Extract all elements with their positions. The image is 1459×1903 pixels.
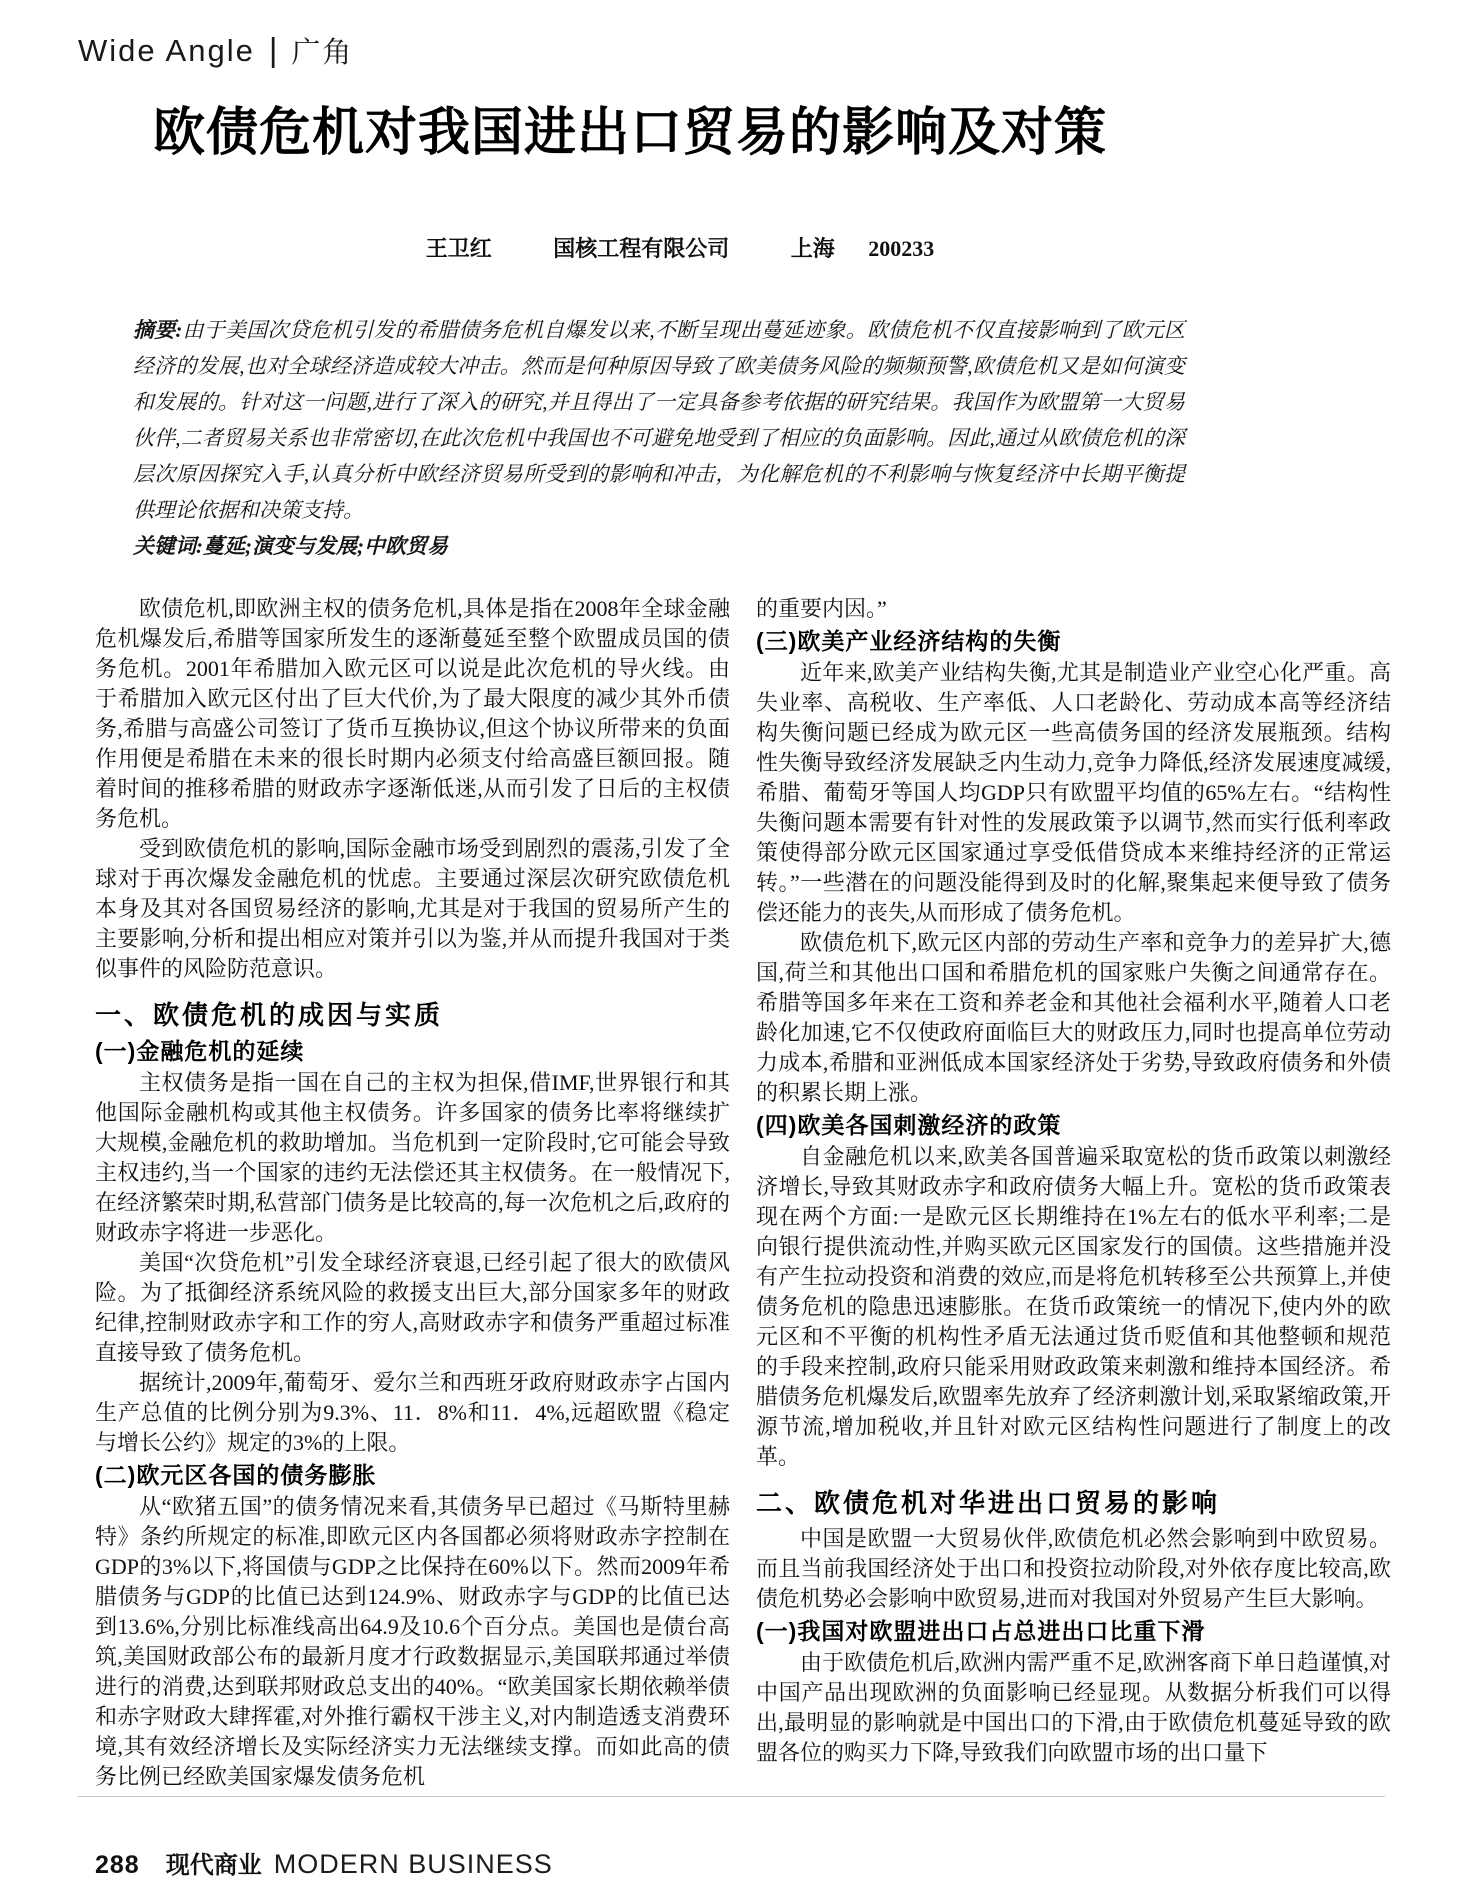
body-paragraph: 受到欧债危机的影响,国际金融市场受到剧烈的震荡,引发了全球对于再次爆发金融危机的… [95, 834, 730, 984]
byline: 王卫红 国核工程有限公司 上海 200233 [85, 232, 1275, 263]
subsection-heading: (一)我国对欧盟进出口占总进出口比重下滑 [756, 1616, 1391, 1646]
subsection-heading: (一)金融危机的延续 [95, 1036, 730, 1066]
page-number: 288 [95, 1851, 140, 1880]
body-paragraph: 据统计,2009年,葡萄牙、爱尔兰和西班牙政府财政赤字占国内生产总值的比例分别为… [95, 1368, 730, 1458]
author-affiliation: 国核工程有限公司 [553, 232, 729, 263]
magazine-section-header: Wide Angle | 广角 [78, 30, 353, 71]
article-title: 欧债危机对我国进出口贸易的影响及对策 [85, 90, 1175, 165]
section-name-chinese: 广角 [291, 30, 353, 71]
body-paragraph-continuation: 的重要内因。” [756, 594, 1391, 624]
abstract-block: 摘要:由于美国次贷危机引发的希腊债务危机自爆发以来,不断呈现出蔓延迹象。欧债危机… [133, 312, 1185, 564]
body-paragraph: 自金融危机以来,欧美各国普遍采取宽松的货币政策以刺激经济增长,导致其财政赤字和政… [756, 1142, 1391, 1472]
keywords-line: 关键词:蔓延;演变与发展;中欧贸易 [133, 528, 1185, 564]
body-paragraph: 美国“次贷危机”引发全球经济衰退,已经引起了很大的欧债风险。为了抵御经济系统风险… [95, 1248, 730, 1368]
body-paragraph: 主权债务是指一国在自己的主权为担保,借IMF,世界银行和其他国际金融机构或其他主… [95, 1068, 730, 1248]
body-paragraph: 欧债危机下,欧元区内部的劳动生产率和竞争力的差异扩大,德国,荷兰和其他出口国和希… [756, 928, 1391, 1108]
section-heading: 二、欧债危机对华进出口贸易的影响 [756, 1486, 1391, 1520]
journal-page: Wide Angle | 广角 欧债危机对我国进出口贸易的影响及对策 王卫红 国… [0, 0, 1459, 1903]
abstract-paragraph: 摘要:由于美国次贷危机引发的希腊债务危机自爆发以来,不断呈现出蔓延迹象。欧债危机… [133, 312, 1185, 528]
keywords-text: 蔓延;演变与发展;中欧贸易 [203, 534, 448, 558]
author-name: 王卫红 [426, 232, 492, 263]
subsection-heading: (三)欧美产业经济结构的失衡 [756, 626, 1391, 656]
footer: 288 现代商业 MODERN BUSINESS [95, 1845, 553, 1880]
abstract-text: 由于美国次贷危机引发的希腊债务危机自爆发以来,不断呈现出蔓延迹象。欧债危机不仅直… [133, 318, 1185, 522]
author-city: 上海 [791, 232, 835, 263]
body-paragraph: 欧债危机,即欧洲主权的债务危机,具体是指在2008年全球金融危机爆发后,希腊等国… [95, 594, 730, 834]
abstract-label: 摘要: [133, 318, 182, 342]
footer-rule [78, 1796, 1385, 1797]
subsection-heading: (四)欧美各国刺激经济的政策 [756, 1110, 1391, 1140]
author-postcode: 200233 [868, 236, 934, 262]
journal-name-english: MODERN BUSINESS [274, 1849, 553, 1880]
body-paragraph: 由于欧债危机后,欧洲内需严重不足,欧洲客商下单日趋谨慎,对中国产品出现欧洲的负面… [756, 1648, 1391, 1768]
article-body: 欧债危机,即欧洲主权的债务危机,具体是指在2008年全球金融危机爆发后,希腊等国… [95, 594, 1391, 1792]
section-name-english: Wide Angle [78, 33, 255, 69]
header-separator: | [269, 31, 278, 69]
left-column: 欧债危机,即欧洲主权的债务危机,具体是指在2008年全球金融危机爆发后,希腊等国… [95, 594, 730, 1792]
body-paragraph: 中国是欧盟一大贸易伙伴,欧债危机必然会影响到中欧贸易。而且当前我国经济处于出口和… [756, 1524, 1391, 1614]
body-paragraph: 从“欧猪五国”的债务情况来看,其债务早已超过《马斯特里赫特》条约所规定的标准,即… [95, 1492, 730, 1792]
body-paragraph: 近年来,欧美产业结构失衡,尤其是制造业产业空心化严重。高失业率、高税收、生产率低… [756, 658, 1391, 928]
subsection-heading: (二)欧元区各国的债务膨胀 [95, 1460, 730, 1490]
journal-name-chinese: 现代商业 [166, 1845, 262, 1880]
section-heading: 一、欧债危机的成因与实质 [95, 998, 730, 1032]
keywords-label: 关键词: [133, 534, 203, 558]
right-column: 的重要内因。”(三)欧美产业经济结构的失衡近年来,欧美产业结构失衡,尤其是制造业… [756, 594, 1391, 1792]
